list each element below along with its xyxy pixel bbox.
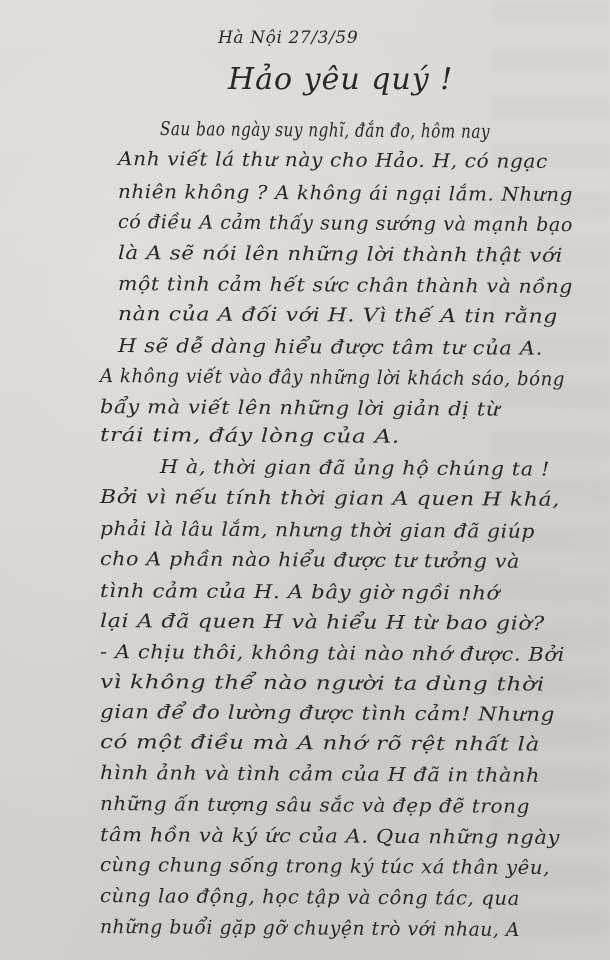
letter-line: bẩy mà viết lên những lời giản dị từ xyxy=(100,396,500,421)
letter-line: có điều A cảm thấy sung sướng và mạnh bạ… xyxy=(118,211,573,236)
salutation: Hảo yêu quý ! xyxy=(228,62,453,97)
letter-line: cho A phần nào hiểu được tư tưởng và xyxy=(100,548,520,573)
letter-line: trái tim, đáy lòng của A. xyxy=(100,424,400,448)
letter-line: tâm hồn và ký ức của A. Qua những ngày xyxy=(100,824,560,849)
letter-line: là A sẽ nói lên những lời thành thật với xyxy=(118,242,563,267)
letter-line: nhiên không ? A không ái ngại lắm. Nhưng xyxy=(118,181,573,206)
letter-line: Bởi vì nếu tính thời gian A quen H khá, xyxy=(100,486,560,511)
letter-line: những ấn tượng sâu sắc và đẹp đẽ trong xyxy=(100,793,530,818)
letter-line: cùng lao động, học tập và công tác, qua xyxy=(100,885,520,910)
letter-line: Anh viết lá thư này cho Hảo. H, có ngạc xyxy=(118,148,548,173)
letter-line: Sau bao ngày suy nghĩ, đắn đo, hôm nay xyxy=(160,118,490,143)
letter-line: cùng chung sống trong ký túc xá thân yêu… xyxy=(100,854,550,879)
letter-line: gian để đo lường được tình cảm! Nhưng xyxy=(100,701,555,726)
letter-line: những buổi gặp gỡ chuyện trò với nhau, A xyxy=(100,916,520,941)
letter-line: hình ảnh và tình cảm của H đã in thành xyxy=(100,762,540,787)
place-date: Hà Nội 27/3/59 xyxy=(218,28,358,48)
letter-line: có một điều mà A nhớ rõ rệt nhất là xyxy=(100,731,540,756)
letter-line: một tình cảm hết sức chân thành và nồng xyxy=(118,273,573,298)
letter-line: phải là lâu lắm, nhưng thời gian đã giúp xyxy=(100,518,535,543)
letter-line: vì không thể nào người ta dùng thời xyxy=(100,671,545,696)
letter-page: Hà Nội 27/3/59 Hảo yêu quý ! Sau bao ngà… xyxy=(0,0,610,960)
letter-line: H à, thời gian đã ủng hộ chúng ta ! xyxy=(160,456,550,481)
letter-line: lại A đã quen H và hiểu H từ bao giờ? xyxy=(100,610,545,635)
letter-line: nàn của A đối với H. Vì thế A tin rằng xyxy=(118,303,558,328)
letter-line: A không viết vào đây những lời khách sáo… xyxy=(100,365,565,390)
letter-line: - A chịu thôi, không tài nào nhớ được. B… xyxy=(100,641,565,666)
letter-line: H sẽ dễ dàng hiểu được tâm tư của A. xyxy=(118,335,543,360)
letter-line: tình cảm của H. A bây giờ ngồi nhớ xyxy=(100,580,500,605)
